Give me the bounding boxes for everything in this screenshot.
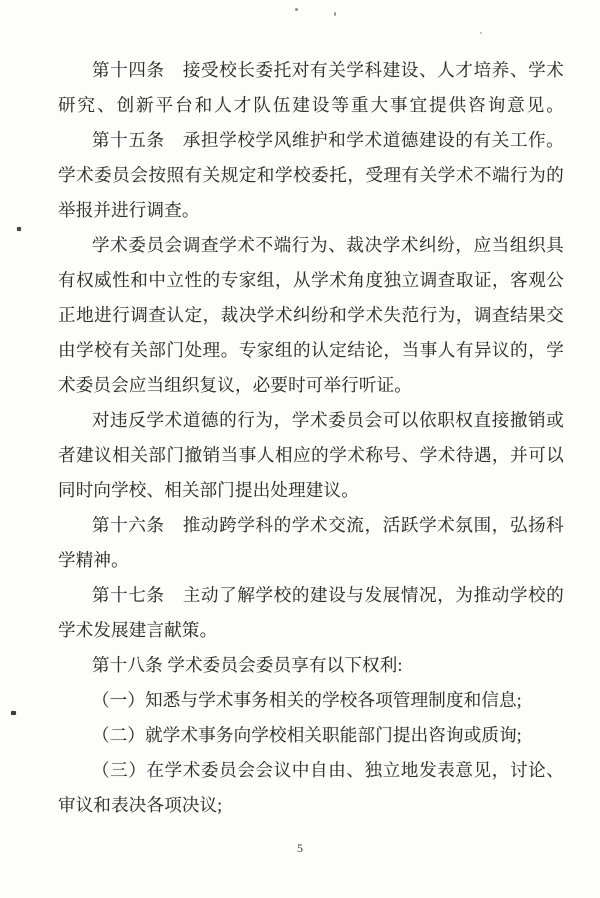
document-line-article16: 第十六条 推动跨学科的学术交流，活跃学术氛围，弘扬科 xyxy=(58,508,564,543)
document-line: 有权威性和中立性的专家组，从学术角度独立调查取证，客观公 xyxy=(58,263,564,298)
document-line: 正地进行调查认定，裁决学术纠纷和学术失范行为，调查结果交 xyxy=(58,298,564,333)
document-line-article15: 第十五条 承担学校学风维护和学术道德建设的有关工作。 xyxy=(58,123,564,158)
document-line: 对违反学术道德的行为，学术委员会可以依职权直接撤销或 xyxy=(58,403,564,438)
document-line-article14: 第十四条 接受校长委托对有关学科建设、人才培养、学术 xyxy=(58,53,564,88)
document-line: 审议和表决各项决议; xyxy=(58,788,564,823)
document-line-item2: （二）就学术事务向学校相关职能部门提出咨询或质询; xyxy=(58,718,564,753)
document-line: 举报并进行调查。 xyxy=(58,193,564,228)
document-line: 学术发展建言献策。 xyxy=(58,613,564,648)
scanned-document-page: 第十四条 接受校长委托对有关学科建设、人才培养、学术 研究、创新平台和人才队伍建… xyxy=(0,0,600,898)
document-line: 术委员会应当组织复议，必要时可举行听证。 xyxy=(58,368,564,403)
document-line: 者建议相关部门撤销当事人相应的学术称号、学术待遇，并可以 xyxy=(58,438,564,473)
document-line: 学术委员会调查学术不端行为、裁决学术纠纷，应当组织具 xyxy=(58,228,564,263)
scan-speck xyxy=(11,711,16,715)
document-line: 同时向学校、相关部门提出处理建议。 xyxy=(58,473,564,508)
document-line-item1: （一）知悉与学术事务相关的学校各项管理制度和信息; xyxy=(58,683,564,718)
document-line: 由学校有关部门处理。专家组的认定结论，当事人有异议的，学 xyxy=(58,333,564,368)
document-line-article17: 第十七条 主动了解学校的建设与发展情况，为推动学校的 xyxy=(58,578,564,613)
scan-speck xyxy=(295,8,298,11)
document-line: 研究、创新平台和人才队伍建设等重大事宜提供咨询意见。 xyxy=(58,88,564,123)
scan-speck xyxy=(480,32,482,34)
document-body: 第十四条 接受校长委托对有关学科建设、人才培养、学术 研究、创新平台和人才队伍建… xyxy=(58,53,564,823)
page-number: 5 xyxy=(0,840,600,856)
document-line-article18: 第十八条 学术委员会委员享有以下权利: xyxy=(58,648,564,683)
document-line: 学术委员会按照有关规定和学校委托，受理有关学术不端行为的 xyxy=(58,158,564,193)
scan-speck xyxy=(17,227,21,231)
document-line-item3: （三）在学术委员会会议中自由、独立地发表意见，讨论、 xyxy=(58,753,564,788)
scan-speck xyxy=(334,12,336,16)
document-line: 学精神。 xyxy=(58,543,564,578)
